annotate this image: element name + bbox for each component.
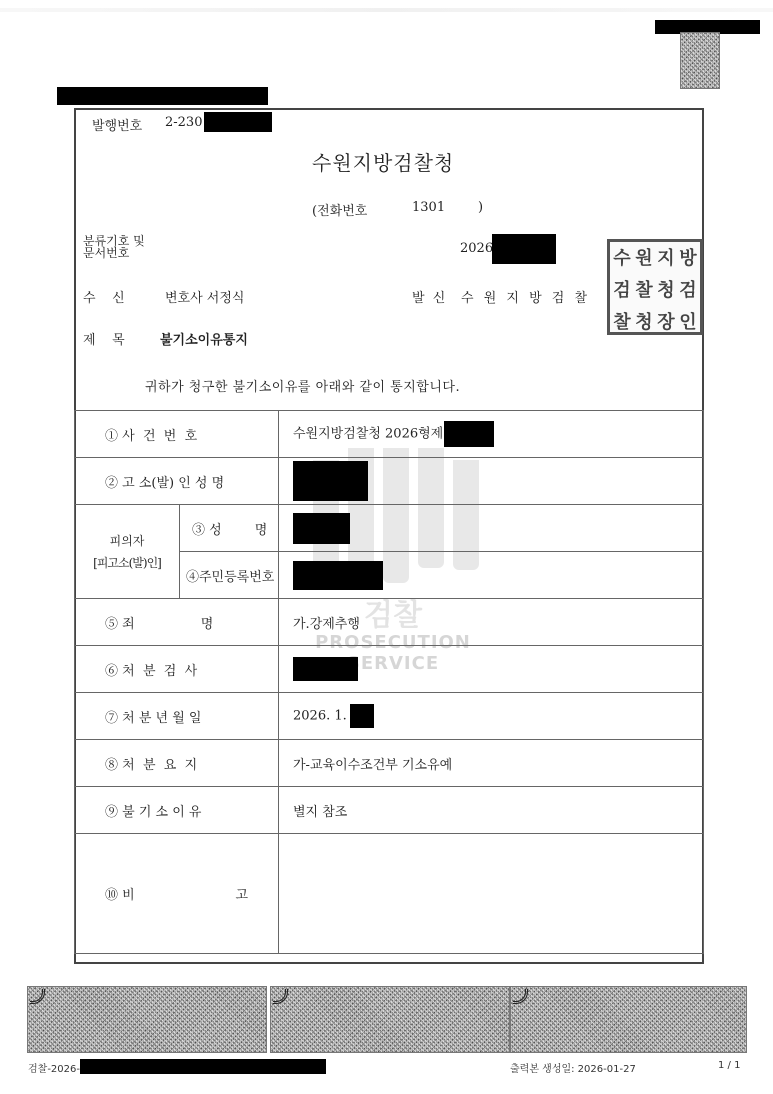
- issue-number: 2-230: [165, 115, 202, 130]
- sender-label: 발 신: [412, 287, 447, 306]
- redaction-block: [293, 561, 383, 590]
- redaction-block: [492, 234, 556, 264]
- redaction-block: [444, 421, 494, 447]
- table-row: ⑧ 처 분 요 지 가-교육이수조건부 기소유예: [75, 740, 704, 787]
- recipient: 변호사 서정식: [165, 287, 244, 306]
- doc-id: 검찰-2026-: [28, 1060, 80, 1075]
- suspect-id-value: [279, 552, 704, 599]
- crime-label: ⑤ 죄 명: [75, 599, 279, 646]
- disposition-date-value: 2026. 1.: [279, 693, 704, 740]
- suspect-id-label: ④주민등록번호: [180, 552, 279, 599]
- table-row: 피의자 [피고소(발)인] ③ 성 명: [75, 505, 704, 552]
- disposition-summary-value: 가-교육이수조건부 기소유예: [279, 740, 704, 787]
- table-row: ⑦ 처 분 년 월 일 2026. 1.: [75, 693, 704, 740]
- redaction-block: [204, 112, 272, 132]
- prosecutor-label: ⑥ 처 분 검 사: [75, 646, 279, 693]
- crime-value: 가.강제추행: [279, 599, 704, 646]
- page-number: 1 / 1: [718, 1060, 740, 1071]
- table-row: ② 고 소(발) 인 성 명: [75, 458, 704, 505]
- prosecutor-value: [279, 646, 704, 693]
- table-row: ① 사 건 번 호 수원지방검찰청 2026형제: [75, 411, 704, 458]
- phone-label: (전화번호: [312, 200, 367, 219]
- phone-close: ): [478, 200, 483, 215]
- complainant-label: ② 고 소(발) 인 성 명: [75, 458, 279, 505]
- case-number-value: 수원지방검찰청 2026형제: [279, 411, 704, 458]
- suspect-label: 피의자 [피고소(발)인]: [75, 505, 180, 599]
- security-barcode: [510, 986, 747, 1053]
- redaction-block: [80, 1059, 326, 1074]
- agency-title: 수원지방검찰청: [312, 147, 454, 176]
- subject: 불기소이유통지: [160, 329, 248, 348]
- recipient-label: 수 신: [83, 287, 125, 306]
- table-row: ⑩ 비고: [75, 834, 704, 954]
- table-row: ⑨ 불 기 소 이 유 별지 참조: [75, 787, 704, 834]
- redaction-block: [293, 513, 350, 544]
- document-code: [680, 32, 720, 89]
- reason-value: 별지 참조: [279, 787, 704, 834]
- suspect-name-label: ③ 성 명: [180, 505, 279, 552]
- security-barcode: [27, 986, 267, 1053]
- remarks-value: [279, 834, 704, 954]
- phone-number: 1301: [412, 200, 445, 215]
- subject-label: 제 목: [83, 329, 125, 348]
- official-seal: 수원지방 검찰청검 찰청장인: [607, 239, 703, 335]
- class-label: 분류기호 및 문서번호: [83, 235, 145, 259]
- suspect-name-value: [279, 505, 704, 552]
- complainant-value: [279, 458, 704, 505]
- remarks-label: ⑩ 비고: [75, 834, 279, 954]
- redaction-block: [293, 657, 358, 681]
- redaction-block: [350, 704, 374, 728]
- table-row: ⑤ 죄 명 가.강제추행: [75, 599, 704, 646]
- table-row: ⑥ 처 분 검 사: [75, 646, 704, 693]
- redaction-block: [293, 461, 368, 501]
- issue-number-label: 발행번호: [92, 115, 142, 134]
- scan-artifact: [0, 8, 773, 12]
- case-number-label: ① 사 건 번 호: [75, 411, 279, 458]
- security-barcode: [270, 986, 510, 1053]
- notice-table: ① 사 건 번 호 수원지방검찰청 2026형제 ② 고 소(발) 인 성 명 …: [74, 410, 704, 954]
- generated-date: 출력본 생성일: 2026-01-27: [510, 1060, 636, 1075]
- reason-label: ⑨ 불 기 소 이 유: [75, 787, 279, 834]
- intro-text: 귀하가 청구한 불기소이유를 아래와 같이 통지합니다.: [145, 376, 460, 395]
- redaction-block: [57, 87, 268, 105]
- disposition-date-label: ⑦ 처 분 년 월 일: [75, 693, 279, 740]
- disposition-summary-label: ⑧ 처 분 요 지: [75, 740, 279, 787]
- sender: 수 원 지 방 검 찰: [461, 287, 590, 306]
